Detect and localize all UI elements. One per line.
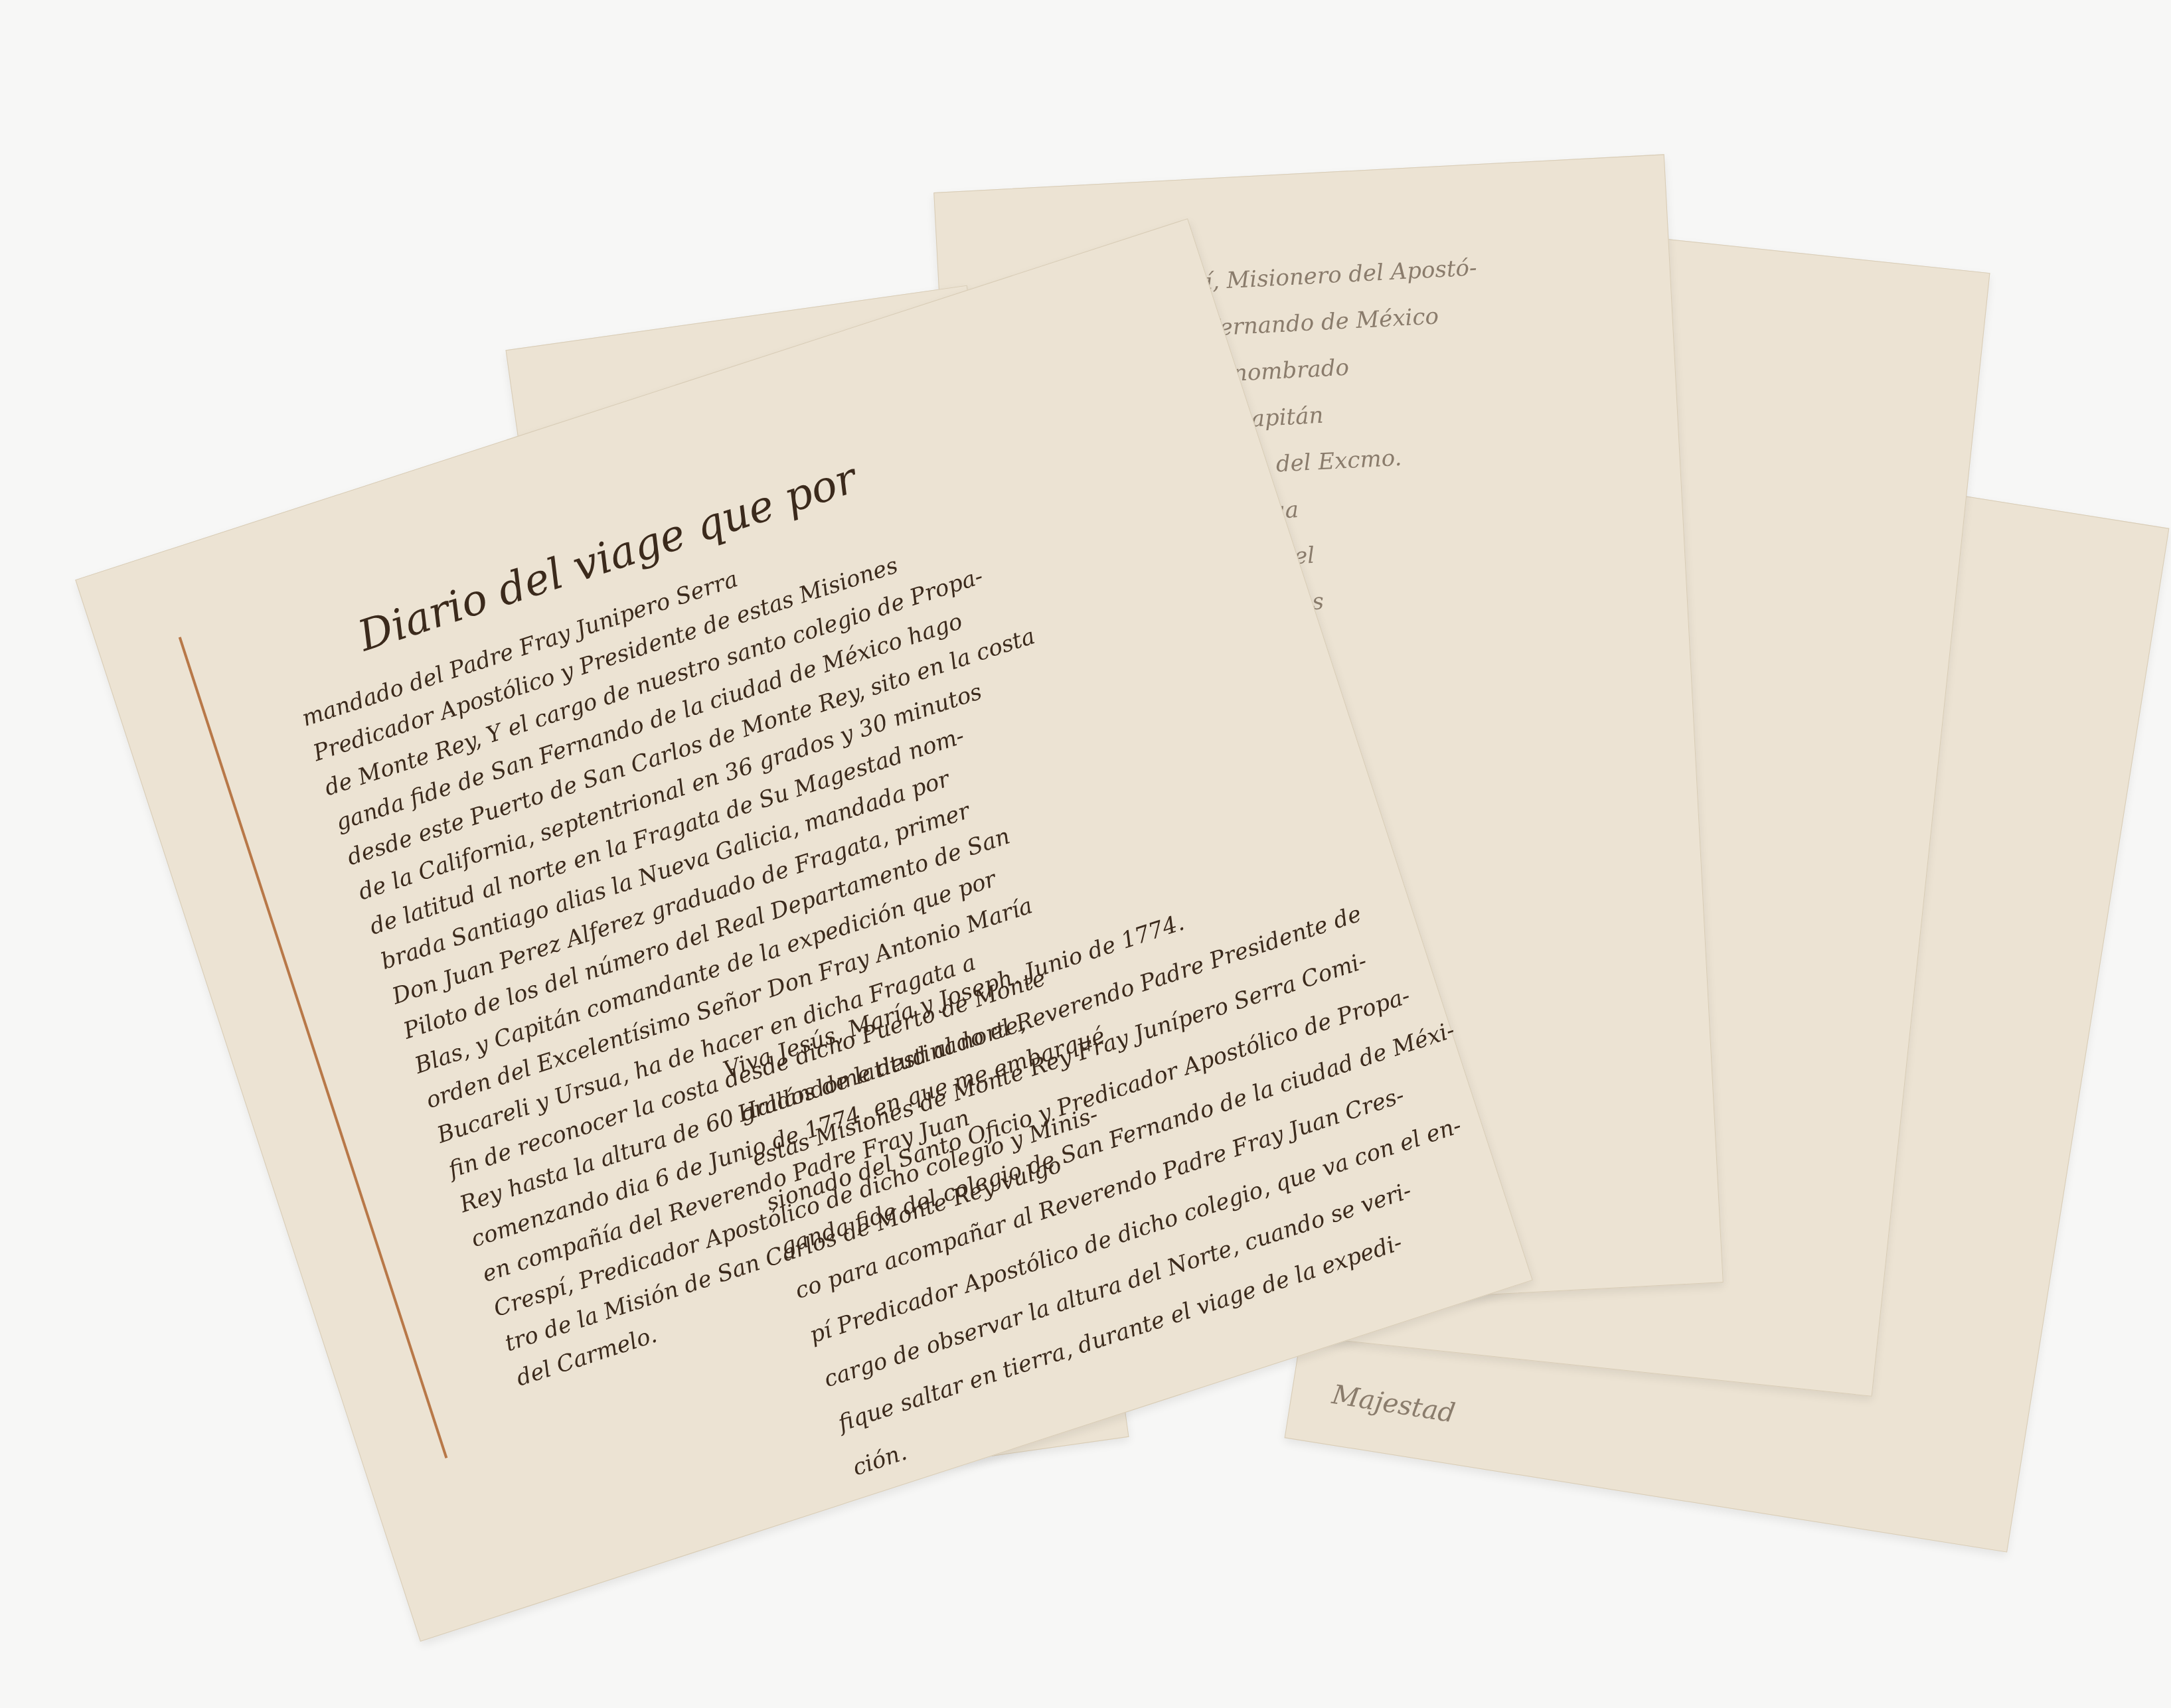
sheet-text: Majestad [1328,1371,1459,1436]
